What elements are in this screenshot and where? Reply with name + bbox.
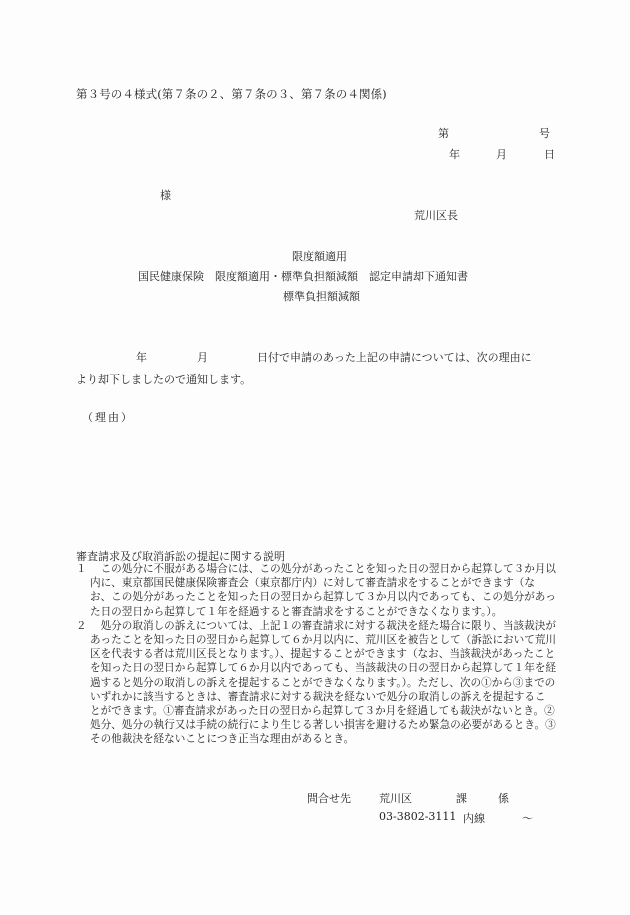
- reason-label: （理由）: [82, 409, 134, 425]
- body-year: 年: [136, 349, 147, 365]
- explanation-item: ２ 処分の取消しの訴えについては、上記１の審査請求に対する裁決を経た場合に限り、…: [76, 619, 556, 747]
- body-month: 月: [197, 349, 208, 365]
- contact-phone: 03-3802-3111: [379, 810, 456, 823]
- date-day: 日: [544, 146, 555, 162]
- number-suffix: 号: [539, 125, 550, 141]
- item-number: １: [76, 562, 87, 576]
- body-line-2: より却下しましたので通知します。: [76, 371, 251, 387]
- title-line-1: 限度額適用: [292, 248, 347, 264]
- contact-label: 問合せ先: [307, 790, 351, 806]
- item-number: ２: [76, 619, 87, 633]
- contact-unit: 係: [498, 790, 509, 806]
- contact-section: 課: [456, 790, 467, 806]
- date-year: 年: [449, 146, 460, 162]
- explanation-list: １ この処分に不服がある場合には、この処分があったことを知った日の翌日から起算し…: [76, 562, 556, 747]
- body-text: 日付で申請のあった上記の申請については、次の理由に: [257, 349, 532, 365]
- title-line-2: 国民健康保険 限度額適用・標準負担額減額 認定申請却下通知書: [138, 268, 468, 284]
- title-line-3: 標準負担額減額: [283, 288, 360, 304]
- item-text: この処分に不服がある場合には、この処分があったことを知った日の翌日から起算して３…: [90, 562, 556, 619]
- contact-ward: 荒川区: [379, 790, 412, 806]
- date-month: 月: [496, 146, 507, 162]
- contact-extension-tilde: ～: [522, 810, 533, 826]
- contact-extension-label: 内線: [463, 810, 485, 826]
- form-label: 第３号の４様式(第７条の２、第７条の３、第７条の４関係): [76, 86, 387, 102]
- number-prefix: 第: [438, 125, 449, 141]
- explanation-item: １ この処分に不服がある場合には、この処分があったことを知った日の翌日から起算し…: [76, 562, 556, 619]
- issuer: 荒川区長: [414, 207, 458, 223]
- item-text: 処分の取消しの訴えについては、上記１の審査請求に対する裁決を経た場合に限り、当該…: [90, 619, 556, 747]
- addressee-honorific: 様: [160, 187, 171, 203]
